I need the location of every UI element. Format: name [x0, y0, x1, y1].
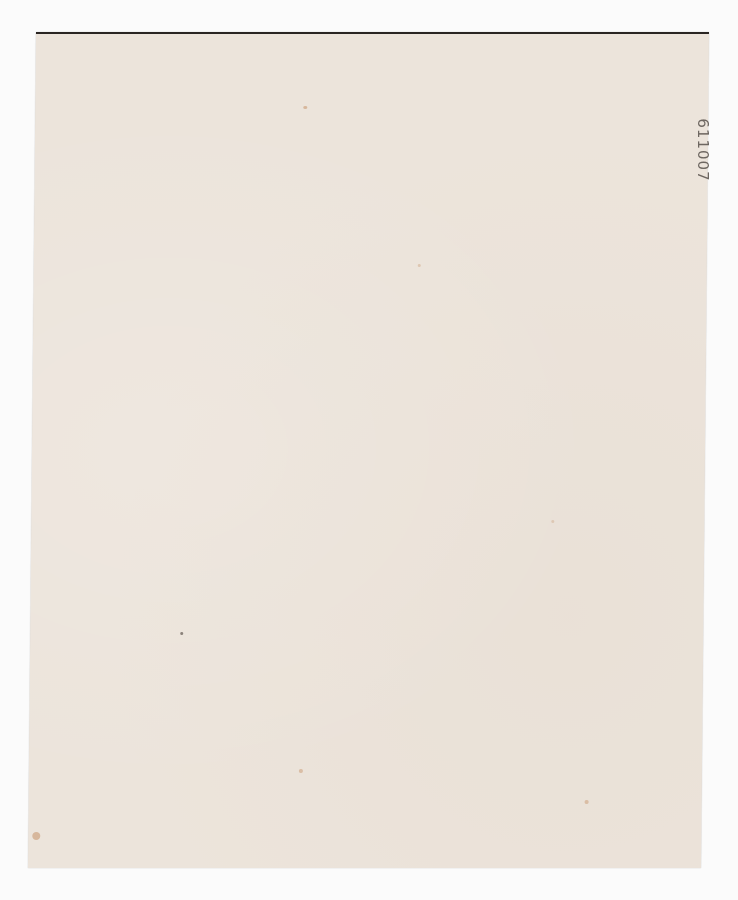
foxing-spot	[299, 769, 303, 773]
foxing-spot	[32, 832, 40, 840]
foxing-spot	[180, 632, 183, 635]
foxing-spot	[303, 106, 307, 109]
handwritten-note: 611007	[692, 110, 712, 190]
foxing-spot	[418, 264, 421, 267]
paper-sheet	[28, 32, 709, 868]
foxing-spot	[551, 520, 554, 523]
foxing-spot	[585, 800, 589, 804]
paper-top-edge	[36, 32, 709, 34]
